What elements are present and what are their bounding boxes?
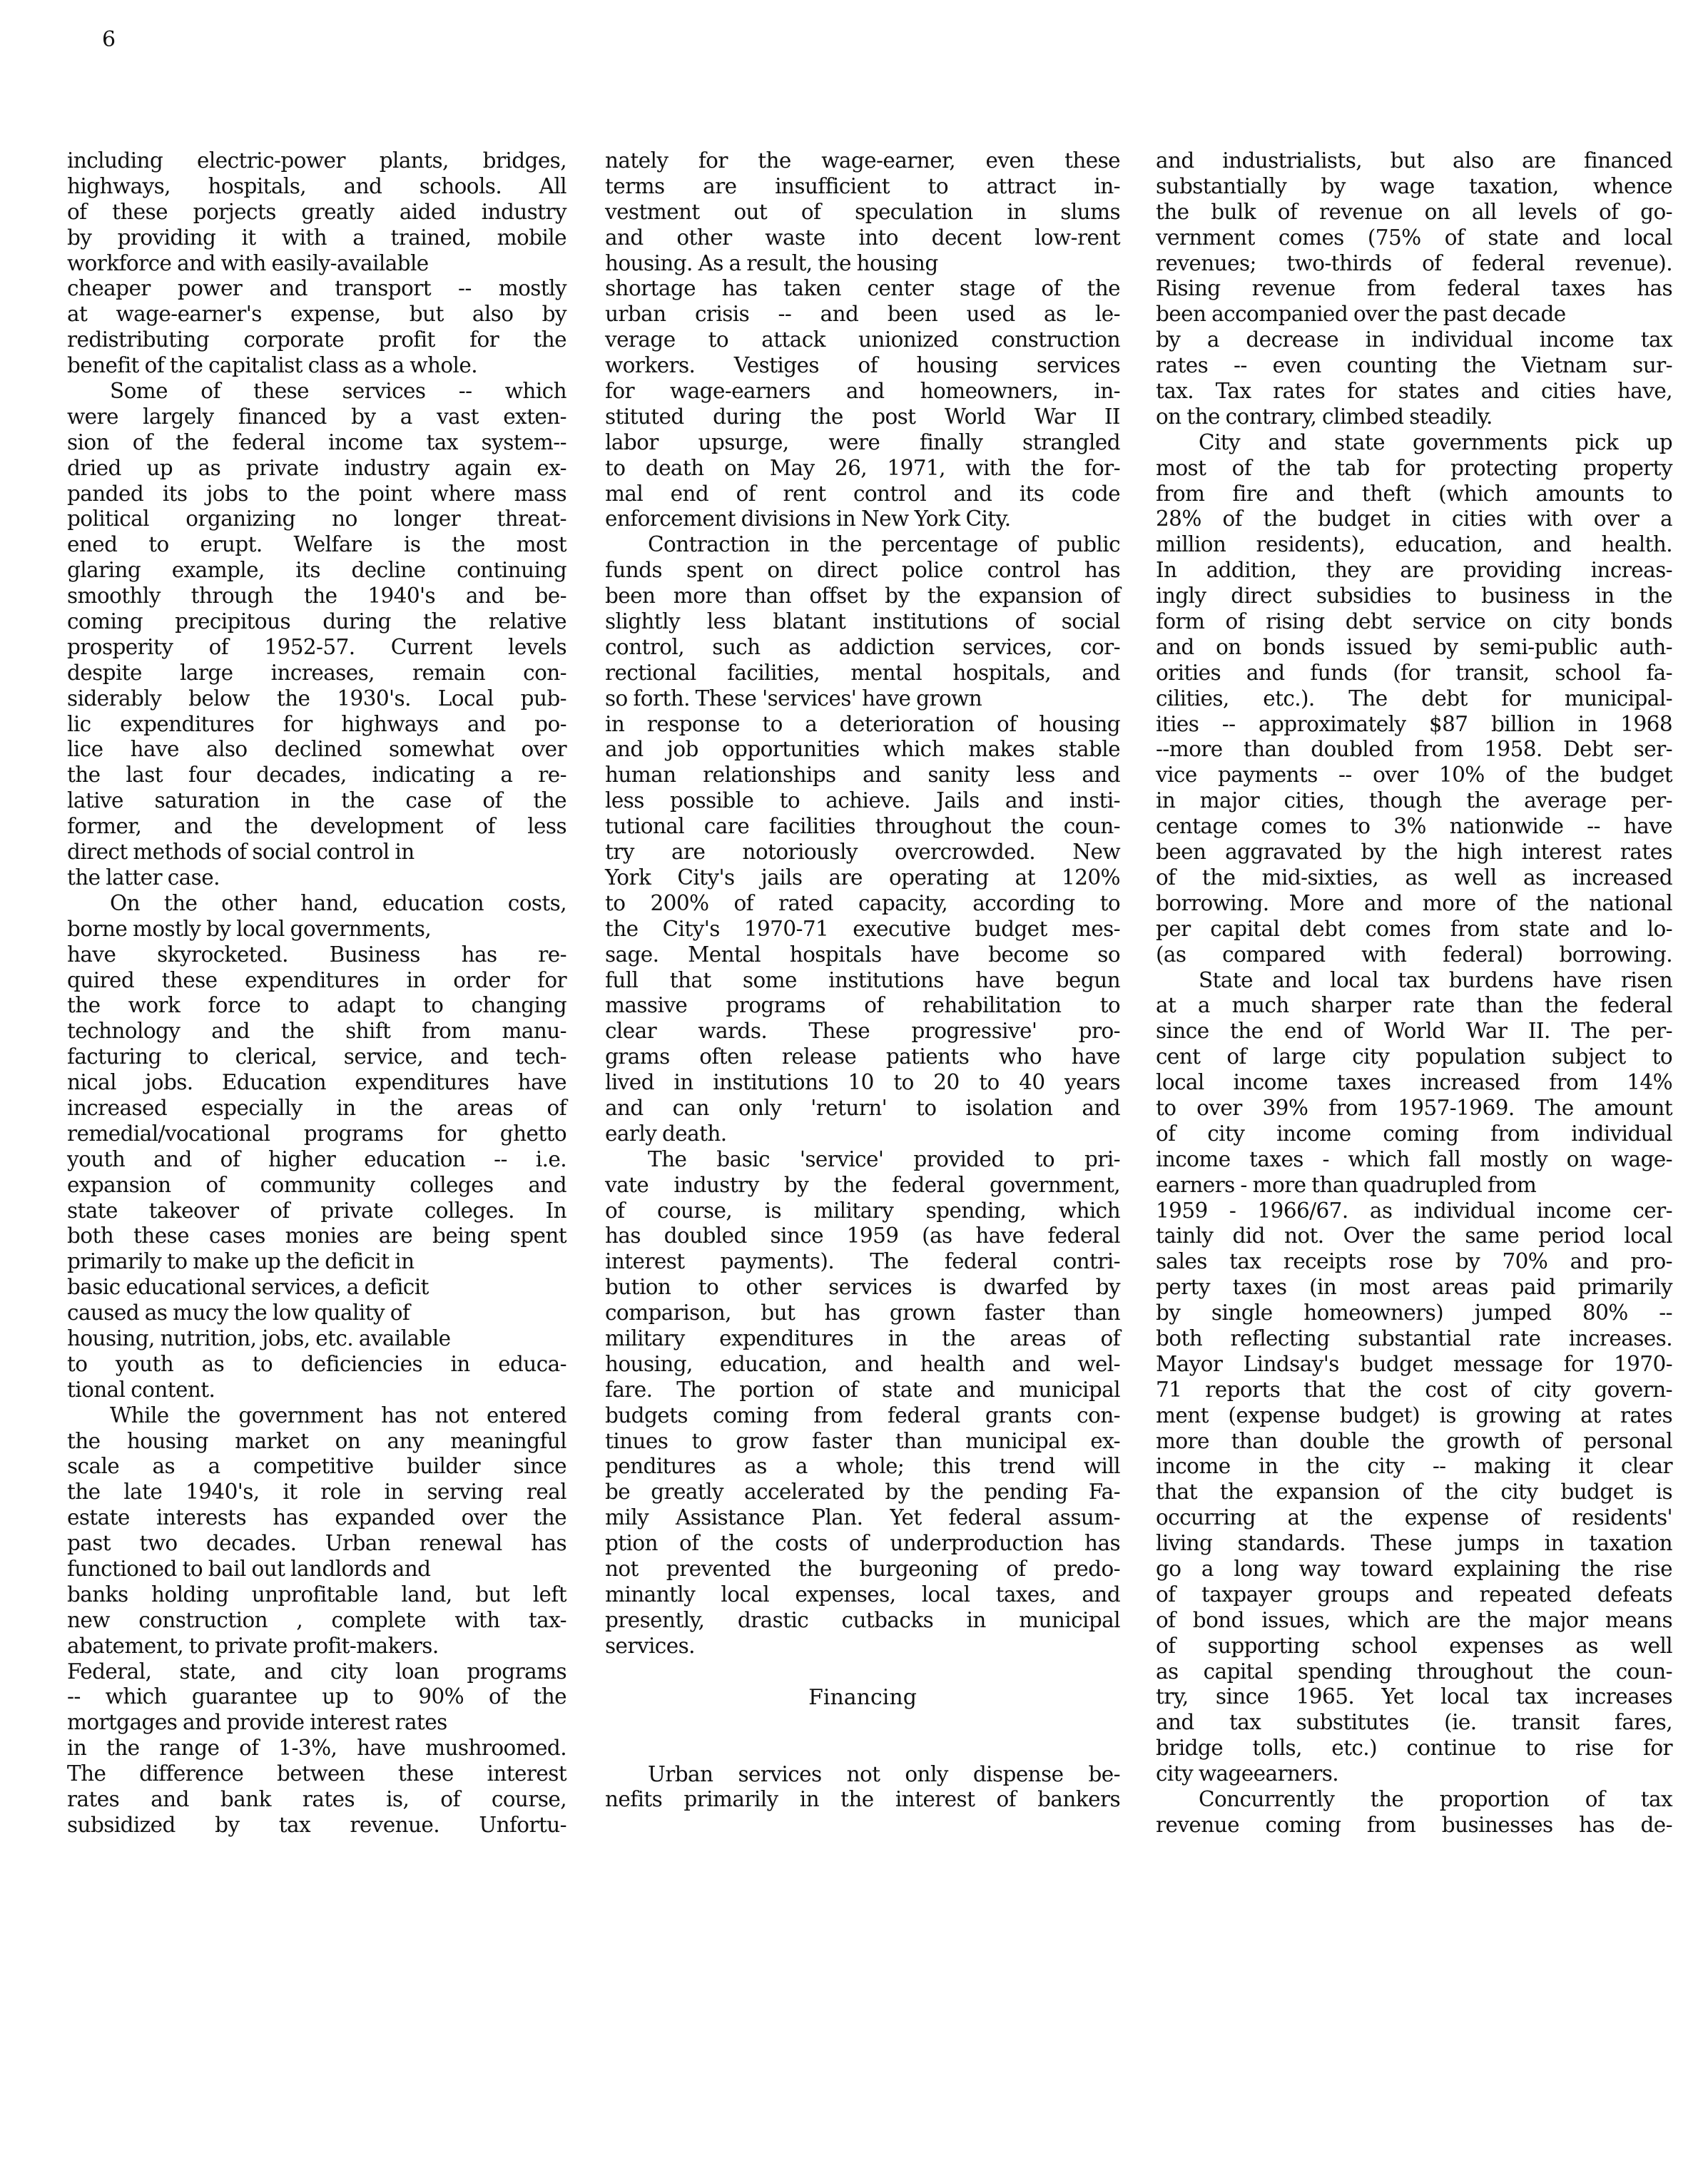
text-line: control, such as addiction services, cor… <box>605 635 1120 661</box>
text-line: 71 reports that the cost of city govern- <box>1156 1378 1672 1403</box>
text-line: enforcement divisions in New York City. <box>605 507 1120 532</box>
text-line: On the other hand, education costs, <box>67 891 566 917</box>
text-line: 1959 - 1966/67. as individual income cer… <box>1156 1199 1672 1224</box>
text-line: ingly direct subsidies to business in th… <box>1156 584 1672 609</box>
text-column-3: and industrialists, but also are finance… <box>1156 148 1672 1838</box>
text-line: banks holding unprofitable land, but lef… <box>67 1582 566 1608</box>
text-line: centage comes to 3% nationwide -- have <box>1156 814 1672 840</box>
text-line: scale as a competitive builder since <box>67 1454 566 1480</box>
text-line: urban crisis -- and been used as le- <box>605 302 1120 327</box>
text-line: rates -- even counting the Vietnam sur- <box>1156 353 1672 379</box>
text-line: cent of large city population subject to <box>1156 1044 1672 1070</box>
text-line: mily Assistance Plan. Yet federal assum- <box>605 1505 1120 1531</box>
text-line: siderably below the 1930's. Local pub- <box>67 686 566 712</box>
text-line: lice have also declined somewhat over <box>67 737 566 763</box>
text-line: income in the city -- making it clear <box>1156 1454 1672 1480</box>
text-line: in response to a deterioration of housin… <box>605 712 1120 738</box>
text-line: -- which guarantee up to 90% of the <box>67 1684 566 1710</box>
text-line: borrowing. More and more of the national <box>1156 891 1672 917</box>
text-line: facturing to clerical, service, and tech… <box>67 1044 566 1070</box>
text-line: and on bonds issued by semi-public auth- <box>1156 635 1672 661</box>
text-line: new construction , complete with tax- <box>67 1608 566 1634</box>
text-line: housing, nutrition, jobs, etc. available <box>67 1326 566 1352</box>
text-line: Concurrently the proportion of tax <box>1156 1787 1672 1813</box>
text-line: shortage has taken center stage of the <box>605 276 1120 302</box>
text-line: workforce and with easily-available <box>67 251 566 277</box>
text-line: by single homeowners) jumped 80% -- <box>1156 1301 1672 1326</box>
text-line: Urban services not only dispense be- <box>605 1762 1120 1788</box>
text-line: has doubled since 1959 (as have federal <box>605 1223 1120 1249</box>
text-line: borne mostly by local governments, <box>67 917 566 942</box>
text-line: at wage-earner's expense, but also by <box>67 302 566 327</box>
text-line: In addition, they are providing increas- <box>1156 558 1672 584</box>
text-line: and other waste into decent low-rent <box>605 225 1120 251</box>
text-line: in major cities, though the average per- <box>1156 788 1672 814</box>
text-line: form of rising debt service on city bond… <box>1156 609 1672 635</box>
text-line: funds spent on direct police control has <box>605 558 1120 584</box>
text-line: coming precipitous during the relative <box>67 609 566 635</box>
text-line: primarily to make up the deficit in <box>67 1249 566 1275</box>
text-line: penditures as a whole; this trend will <box>605 1454 1120 1480</box>
text-line: cilities, etc.). The debt for municipal- <box>1156 686 1672 712</box>
spacer <box>605 1711 1120 1762</box>
text-line: Some of these services -- which <box>67 379 566 404</box>
text-line: past two decades. Urban renewal has <box>67 1531 566 1557</box>
text-line: since the end of World War II. The per- <box>1156 1019 1672 1044</box>
text-line: Contraction in the percentage of public <box>605 532 1120 558</box>
text-line: to death on May 26, 1971, with the for- <box>605 456 1120 482</box>
text-line: tinues to grow faster than municipal ex- <box>605 1429 1120 1455</box>
text-line: to youth as to deficiencies in educa- <box>67 1352 566 1378</box>
text-line: 28% of the budget in cities with over a <box>1156 507 1672 532</box>
text-line: panded its jobs to the point where mass <box>67 482 566 507</box>
text-line: mal end of rent control and its code <box>605 482 1120 507</box>
text-line: dried up as private industry again ex- <box>67 456 566 482</box>
text-line: the work force to adapt to changing <box>67 993 566 1019</box>
text-line: by providing it with a trained, mobile <box>67 225 566 251</box>
text-line: bution to other services is dwarfed by <box>605 1275 1120 1301</box>
text-line: ption of the costs of underproduction ha… <box>605 1531 1120 1557</box>
text-line: been more than offset by the expansion o… <box>605 584 1120 609</box>
text-line: increased especially in the areas of <box>67 1096 566 1121</box>
text-column-2: nately for the wage-earner, even thesete… <box>605 148 1120 1813</box>
text-line: The difference between these interest <box>67 1761 566 1787</box>
text-line: tutional care facilities throughout the … <box>605 814 1120 840</box>
text-line: lived in institutions 10 to 20 to 40 yea… <box>605 1070 1120 1096</box>
text-line: both reflecting substantial rate increas… <box>1156 1326 1672 1352</box>
page-number: 6 <box>102 27 116 52</box>
text-line: mortgages and provide interest rates <box>67 1710 566 1736</box>
text-line: of city income coming from individual <box>1156 1121 1672 1147</box>
text-line: nately for the wage-earner, even these <box>605 148 1120 174</box>
text-line: expansion of community colleges and <box>67 1173 566 1199</box>
text-line: sion of the federal income tax system-- <box>67 430 566 456</box>
text-line: of these porjects greatly aided industry <box>67 200 566 225</box>
text-line: verage to attack unionized construction <box>605 327 1120 353</box>
text-line: full that some institutions have begun <box>605 968 1120 994</box>
text-line: and tax substitutes (ie. transit fares, <box>1156 1710 1672 1736</box>
text-line: (as compared with federal) borrowing. <box>1156 942 1672 968</box>
text-line: interest payments). The federal contri- <box>605 1249 1120 1275</box>
text-line: former, and the development of less <box>67 814 566 840</box>
text-line: per capital debt comes from state and lo… <box>1156 917 1672 942</box>
text-line: While the government has not entered <box>67 1403 566 1429</box>
text-line: for wage-earners and homeowners, in- <box>605 379 1120 404</box>
text-line: nefits primarily in the interest of bank… <box>605 1787 1120 1813</box>
text-line: of the mid-sixties, as well as increased <box>1156 865 1672 891</box>
text-line: of course, is military spending, which <box>605 1199 1120 1224</box>
text-line: the City's 1970-71 executive budget mes- <box>605 917 1120 942</box>
text-line: direct methods of social control in <box>67 840 566 865</box>
text-line: the housing market on any meaningful <box>67 1429 566 1455</box>
text-line: not prevented the burgeoning of predo- <box>605 1557 1120 1582</box>
text-line: lative saturation in the case of the <box>67 788 566 814</box>
text-line: slightly less blatant institutions of so… <box>605 609 1120 635</box>
text-line: go a long way toward explaining the rise <box>1156 1557 1672 1582</box>
text-line: military expenditures in the areas of <box>605 1326 1120 1352</box>
text-line: on the contrary, climbed steadily. <box>1156 404 1672 430</box>
text-line: both these cases monies are being spent <box>67 1223 566 1249</box>
text-line: including electric-power plants, bridges… <box>67 148 566 174</box>
text-line: The basic 'service' provided to pri- <box>605 1147 1120 1173</box>
text-line: be greatly accelerated by the pending Fa… <box>605 1480 1120 1505</box>
text-line: occurring at the expense of residents' <box>1156 1505 1672 1531</box>
text-line: the last four decades, indicating a re- <box>67 763 566 788</box>
text-line: comparison, but has grown faster than <box>605 1301 1120 1326</box>
text-line: vernment comes (75% of state and local <box>1156 225 1672 251</box>
text-line: grams often release patients who have <box>605 1044 1120 1070</box>
text-line: try, since 1965. Yet local tax increases <box>1156 1684 1672 1710</box>
text-line: ities -- approximately $87 billion in 19… <box>1156 712 1672 738</box>
text-line: at a much sharper rate than the federal <box>1156 993 1672 1019</box>
text-line: cheaper power and transport -- mostly <box>67 276 566 302</box>
text-line: bridge tolls, etc.) continue to rise for <box>1156 1736 1672 1761</box>
text-line: basic educational services, a deficit <box>67 1275 566 1301</box>
text-line: the late 1940's, it role in serving real <box>67 1480 566 1505</box>
text-line: York City's jails are operating at 120% <box>605 865 1120 891</box>
text-line: the latter case. <box>67 865 566 891</box>
text-line: housing. As a result, the housing <box>605 251 1120 277</box>
text-line: perty taxes (in most areas paid primaril… <box>1156 1275 1672 1301</box>
text-line: been aggravated by the high interest rat… <box>1156 840 1672 865</box>
text-line: massive programs of rehabilitation to <box>605 993 1120 1019</box>
text-line: revenues; two-thirds of federal revenue)… <box>1156 251 1672 277</box>
text-line: less possible to achieve. Jails and inst… <box>605 788 1120 814</box>
text-line: caused as mucy the low quality of <box>67 1301 566 1326</box>
text-line: of supporting school expenses as well <box>1156 1634 1672 1659</box>
text-line: so forth. These 'services' have grown <box>605 686 1120 712</box>
text-line: rectional facilities, mental hospitals, … <box>605 661 1120 686</box>
text-line: the bulk of revenue on all levels of go- <box>1156 200 1672 225</box>
text-line: ened to erupt. Welfare is the most <box>67 532 566 558</box>
text-line: budgets coming from federal grants con- <box>605 1403 1120 1429</box>
text-line: abatement, to private profit-makers. <box>67 1634 566 1659</box>
text-line: vice payments -- over 10% of the budget <box>1156 763 1672 788</box>
text-line: tainly did not. Over the same period loc… <box>1156 1223 1672 1249</box>
text-line: human relationships and sanity less and <box>605 763 1120 788</box>
text-line: revenue coming from businesses has de- <box>1156 1813 1672 1838</box>
text-line: been accompanied over the past decade <box>1156 302 1672 327</box>
text-line: have skyrocketed. Business has re- <box>67 942 566 968</box>
text-line: and can only 'return' to isolation and <box>605 1096 1120 1121</box>
text-line: political organizing no longer threat- <box>67 507 566 532</box>
text-line: in the range of 1-3%, have mushroomed. <box>67 1736 566 1761</box>
text-line: tax. Tax rates for states and cities hav… <box>1156 379 1672 404</box>
text-line: prosperity of 1952-57. Current levels <box>67 635 566 661</box>
text-line: income taxes - which fall mostly on wage… <box>1156 1147 1672 1173</box>
text-line: city wageearners. <box>1156 1761 1672 1787</box>
text-line: technology and the shift from manu- <box>67 1019 566 1044</box>
text-line: housing, education, and health and wel- <box>605 1352 1120 1378</box>
text-line: presently, drastic cutbacks in municipal <box>605 1608 1120 1634</box>
text-line: early death. <box>605 1121 1120 1147</box>
text-line: youth and of higher education -- i.e. <box>67 1147 566 1173</box>
text-line: minantly local expenses, local taxes, an… <box>605 1582 1120 1608</box>
text-line: and industrialists, but also are finance… <box>1156 148 1672 174</box>
text-line: vestment out of speculation in slums <box>605 200 1120 225</box>
text-line: redistributing corporate profit for the <box>67 327 566 353</box>
text-line: smoothly through the 1940's and be- <box>67 584 566 609</box>
text-line: earners - more than quadrupled from <box>1156 1173 1672 1199</box>
text-line: lic expenditures for highways and po- <box>67 712 566 738</box>
text-line: tional content. <box>67 1378 566 1403</box>
text-line: --more than doubled from 1958. Debt ser- <box>1156 737 1672 763</box>
text-line: sage. Mental hospitals have become so <box>605 942 1120 968</box>
spacer <box>605 1659 1120 1685</box>
text-line: try are notoriously overcrowded. New <box>605 840 1120 865</box>
text-line: million residents), education, and healt… <box>1156 532 1672 558</box>
text-line: of taxpayer groups and repeated defeats <box>1156 1582 1672 1608</box>
text-line: benefit of the capitalist class as a who… <box>67 353 566 379</box>
text-line: workers. Vestiges of housing services <box>605 353 1120 379</box>
text-line: state takeover of private colleges. In <box>67 1199 566 1224</box>
text-column-1: including electric-power plants, bridges… <box>67 148 566 1838</box>
text-line: to 200% of rated capacity, according to <box>605 891 1120 917</box>
text-line: Rising revenue from federal taxes has <box>1156 276 1672 302</box>
text-line: rates and bank rates is, of course, <box>67 1787 566 1813</box>
text-line: glaring example, its decline continuing <box>67 558 566 584</box>
text-line: highways, hospitals, and schools. All <box>67 174 566 200</box>
text-line: to over 39% from 1957-1969. The amount <box>1156 1096 1672 1121</box>
text-line: functioned to bail out landlords and <box>67 1557 566 1582</box>
text-line: fare. The portion of state and municipal <box>605 1378 1120 1403</box>
text-line: sales tax receipts rose by 70% and pro- <box>1156 1249 1672 1275</box>
text-line: Mayor Lindsay's budget message for 1970- <box>1156 1352 1672 1378</box>
text-line: more than double the growth of personal <box>1156 1429 1672 1455</box>
text-line: as capital spending throughout the coun- <box>1156 1659 1672 1685</box>
text-line: terms are insufficient to attract in- <box>605 174 1120 200</box>
text-line: from fire and theft (which amounts to <box>1156 482 1672 507</box>
text-line: by a decrease in individual income tax <box>1156 327 1672 353</box>
text-line: estate interests has expanded over the <box>67 1505 566 1531</box>
text-line: City and state governments pick up <box>1156 430 1672 456</box>
text-line: most of the tab for protecting property <box>1156 456 1672 482</box>
text-line: remedial/vocational programs for ghetto <box>67 1121 566 1147</box>
section-heading: Financing <box>605 1685 1120 1711</box>
text-line: despite large increases, remain con- <box>67 661 566 686</box>
text-line: and job opportunities which makes stable <box>605 737 1120 763</box>
text-line: living standards. These jumps in taxatio… <box>1156 1531 1672 1557</box>
text-line: clear wards. These progressive' pro- <box>605 1019 1120 1044</box>
text-line: nical jobs. Education expenditures have <box>67 1070 566 1096</box>
text-line: were largely financed by a vast exten- <box>67 404 566 430</box>
text-line: services. <box>605 1634 1120 1659</box>
text-line: quired these expenditures in order for <box>67 968 566 994</box>
text-line: ment (expense budget) is growing at rate… <box>1156 1403 1672 1429</box>
text-line: of bond issues, which are the major mean… <box>1156 1608 1672 1634</box>
text-line: vate industry by the federal government, <box>605 1173 1120 1199</box>
text-line: labor upsurge, were finally strangled <box>605 430 1120 456</box>
text-line: local income taxes increased from 14% <box>1156 1070 1672 1096</box>
text-line: Federal, state, and city loan programs <box>67 1659 566 1685</box>
text-line: State and local tax burdens have risen <box>1156 968 1672 994</box>
text-line: stituted during the post World War II <box>605 404 1120 430</box>
text-line: orities and funds (for transit, school f… <box>1156 661 1672 686</box>
text-line: that the expansion of the city budget is <box>1156 1480 1672 1505</box>
text-line: subsidized by tax revenue. Unfortu- <box>67 1813 566 1838</box>
text-line: substantially by wage taxation, whence <box>1156 174 1672 200</box>
